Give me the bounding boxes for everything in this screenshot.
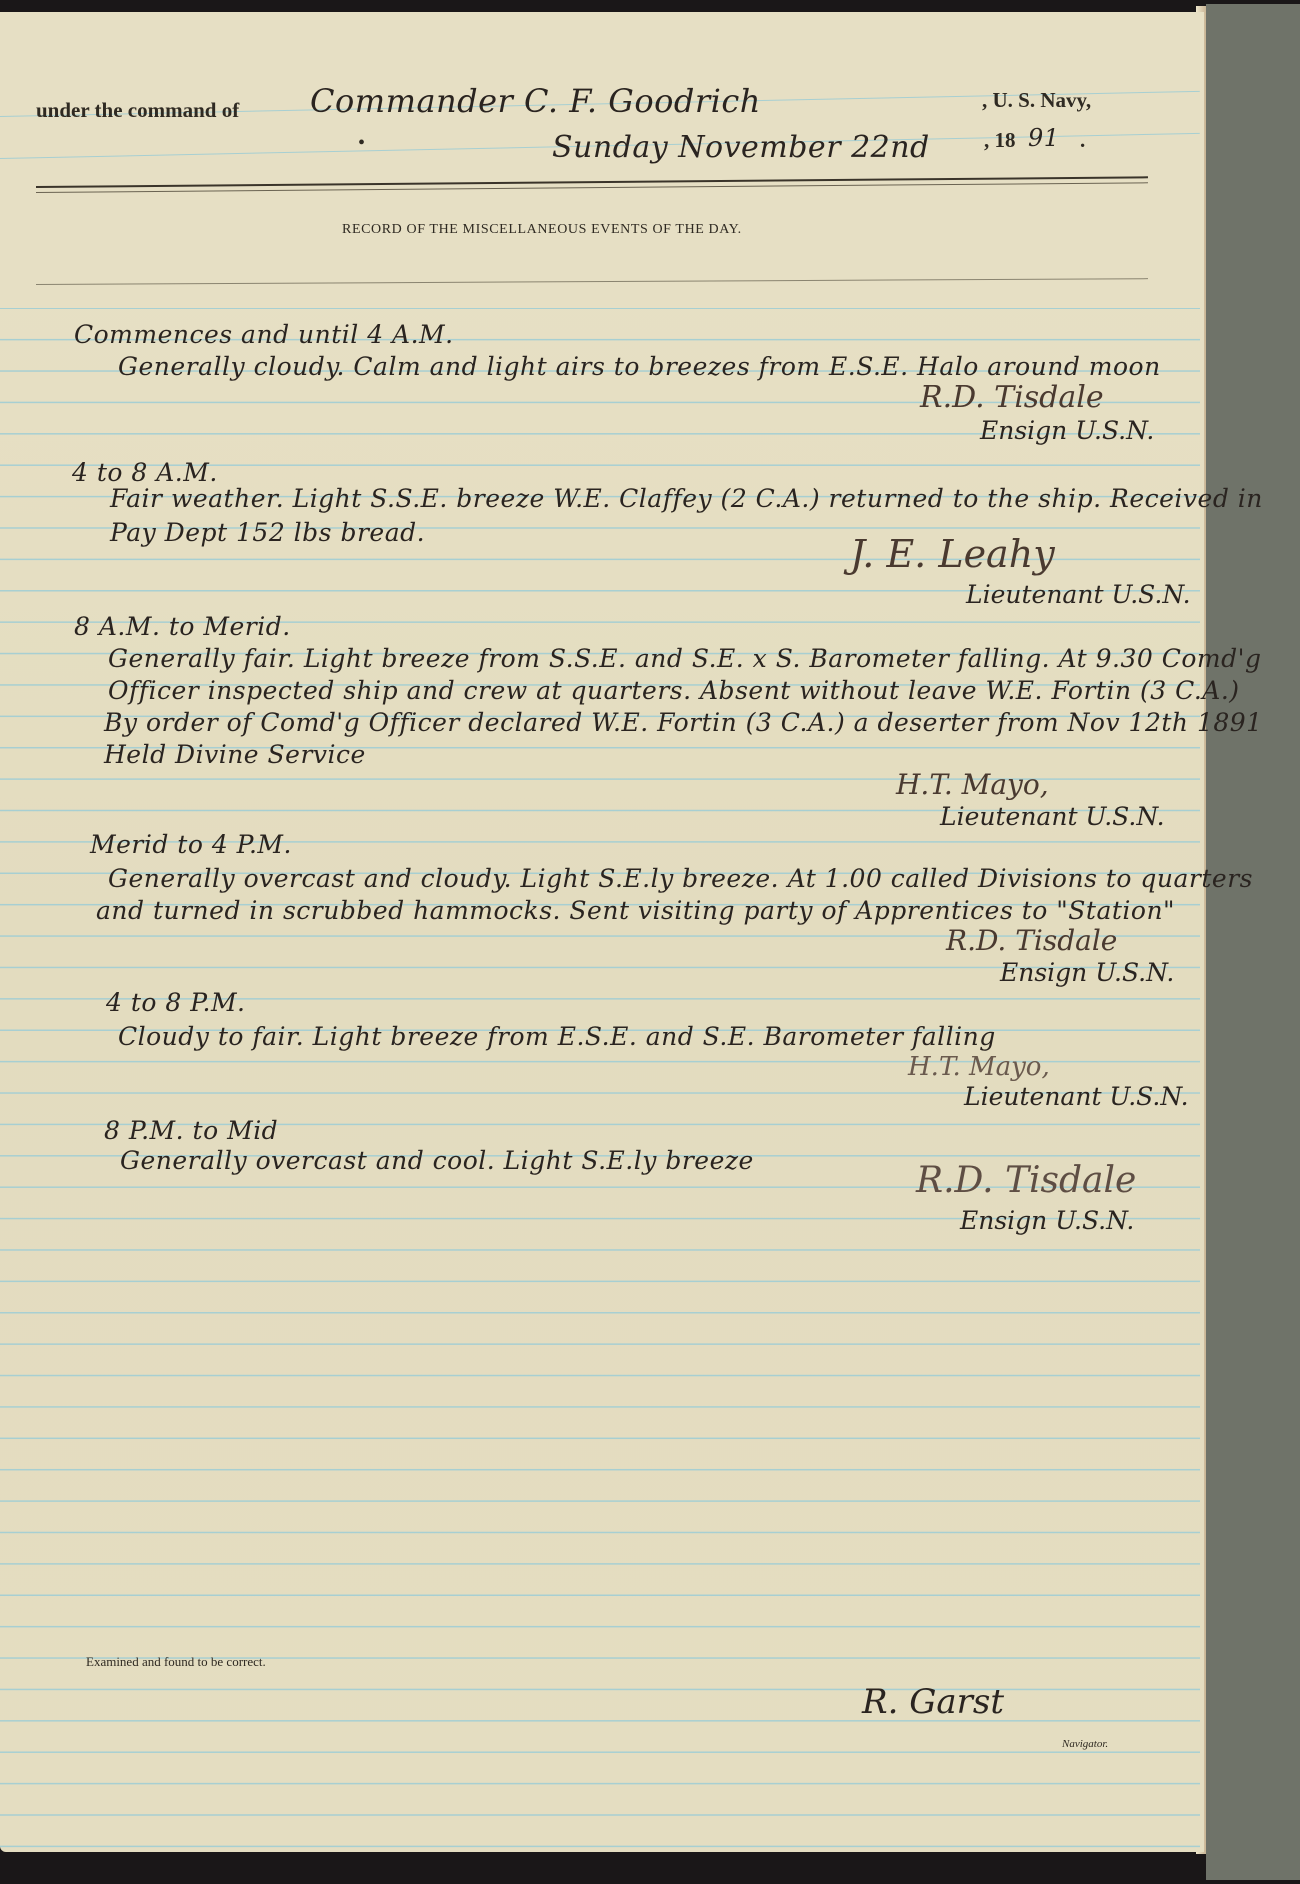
entry-time: 8 P.M. to Mid <box>104 1116 278 1145</box>
entry-text: Cloudy to fair. Light breeze from E.S.E.… <box>118 1022 996 1051</box>
officer-signature: R.D. Tisdale <box>916 1160 1136 1201</box>
officer-signature: H.T. Mayo, <box>908 1052 1050 1082</box>
entry-text: Generally overcast and cloudy. Light S.E… <box>108 864 1253 893</box>
officer-rank: Ensign U.S.N. <box>960 1206 1134 1235</box>
entry-text: Pay Dept 152 lbs bread. <box>110 518 425 547</box>
navigator-label: Navigator. <box>1062 1738 1108 1750</box>
date-handwritten: Sunday November 22nd <box>552 130 930 165</box>
logbook-page: under the command of Commander C. F. Goo… <box>0 12 1204 1852</box>
officer-signature: J. E. Leahy <box>850 532 1055 576</box>
entry-text: Held Divine Service <box>104 740 366 769</box>
book-cover <box>1206 4 1300 1880</box>
year-suffix: . <box>1080 128 1085 153</box>
officer-rank: Lieutenant U.S.N. <box>964 1082 1189 1111</box>
entry-text: Generally fair. Light breeze from S.S.E.… <box>108 644 1262 673</box>
officer-signature: R.D. Tisdale <box>920 380 1104 415</box>
officer-rank: Ensign U.S.N. <box>980 416 1154 445</box>
year-prefix: , 18 <box>984 128 1016 153</box>
entry-time: Merid to 4 P.M. <box>90 830 292 859</box>
command-label: under the command of <box>36 98 239 123</box>
year-handwritten: 91 <box>1028 124 1060 152</box>
entry-text: Generally cloudy. Calm and light airs to… <box>118 352 1161 381</box>
navy-label: , U. S. Navy, <box>982 88 1091 113</box>
entry-text: By order of Comd'g Officer declared W.E.… <box>104 708 1263 737</box>
officer-rank: Lieutenant U.S.N. <box>940 802 1165 831</box>
entry-text: Fair weather. Light S.S.E. breeze W.E. C… <box>110 484 1263 513</box>
officer-signature: H.T. Mayo, <box>896 768 1049 801</box>
entry-text: and turned in scrubbed hammocks. Sent vi… <box>96 896 1175 925</box>
commander-name: Commander C. F. Goodrich <box>310 82 761 120</box>
officer-rank: Ensign U.S.N. <box>1000 958 1174 987</box>
entry-time: 8 A.M. to Merid. <box>74 612 291 641</box>
officer-signature: R.D. Tisdale <box>946 924 1117 957</box>
examined-label: Examined and found to be correct. <box>86 1654 266 1670</box>
section-title: RECORD OF THE MISCELLANEOUS EVENTS OF TH… <box>342 222 742 238</box>
navigator-signature: R. Garst <box>862 1682 1004 1722</box>
entry-time: 4 to 8 A.M. <box>72 458 218 487</box>
entry-time: Commences and until 4 A.M. <box>74 320 454 349</box>
officer-rank: Lieutenant U.S.N. <box>966 580 1191 609</box>
entry-text: Officer inspected ship and crew at quart… <box>108 676 1240 705</box>
entry-text: Generally overcast and cool. Light S.E.l… <box>120 1146 754 1175</box>
entry-time: 4 to 8 P.M. <box>106 988 246 1017</box>
